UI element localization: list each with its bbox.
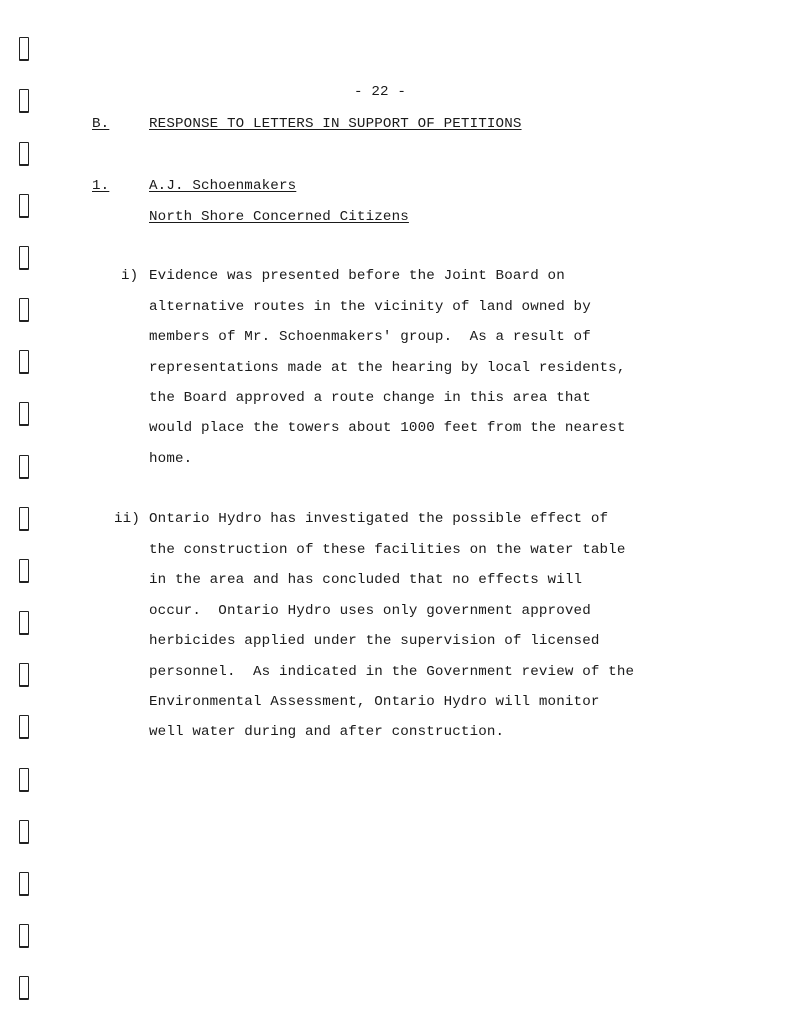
binding-hole-icon [19,663,29,687]
paragraph-line: well water during and after construction… [149,724,504,740]
binding-hole-icon [19,142,29,166]
binding-hole-icon [19,768,29,792]
paragraph-line: Ontario Hydro has investigated the possi… [149,511,608,527]
binding-hole-icon [19,507,29,531]
binding-hole-icon [19,455,29,479]
page-number: - 22 - [354,84,406,100]
paragraph-line: representations made at the hearing by l… [149,360,626,376]
paragraph-line: the construction of these facilities on … [149,542,626,558]
item-name: A.J. Schoenmakers [149,178,296,194]
binding-hole-icon [19,89,29,113]
paragraph-line: members of Mr. Schoenmakers' group. As a… [149,329,591,345]
binding-hole-icon [19,924,29,948]
paragraph-line: would place the towers about 1000 feet f… [149,420,626,436]
paragraph-line: Environmental Assessment, Ontario Hydro … [149,694,600,710]
binding-hole-icon [19,976,29,1000]
section-marker: B. [92,116,109,132]
binding-hole-icon [19,350,29,374]
paragraph-line: alternative routes in the vicinity of la… [149,299,591,315]
paragraph-line: in the area and has concluded that no ef… [149,572,582,588]
binding-hole-icon [19,611,29,635]
binding-hole-icon [19,246,29,270]
binding-hole-icon [19,559,29,583]
binding-hole-icon [19,37,29,61]
binding-hole-icon [19,402,29,426]
paragraph-marker: ii) [114,511,140,527]
binding-hole-icon [19,872,29,896]
paragraph-line: the Board approved a route change in thi… [149,390,591,406]
paragraph-line: Evidence was presented before the Joint … [149,268,565,284]
section-title: RESPONSE TO LETTERS IN SUPPORT OF PETITI… [149,116,522,132]
binding-hole-icon [19,820,29,844]
paragraph-line: occur. Ontario Hydro uses only governmen… [149,603,591,619]
paragraph-marker: i) [121,268,138,284]
paragraph-line: herbicides applied under the supervision… [149,633,600,649]
paragraph-line: personnel. As indicated in the Governmen… [149,664,634,680]
binding-hole-icon [19,298,29,322]
item-organization: North Shore Concerned Citizens [149,209,409,225]
binding-hole-icon [19,194,29,218]
binding-hole-icon [19,715,29,739]
paragraph-line: home. [149,451,192,467]
item-marker: 1. [92,178,109,194]
